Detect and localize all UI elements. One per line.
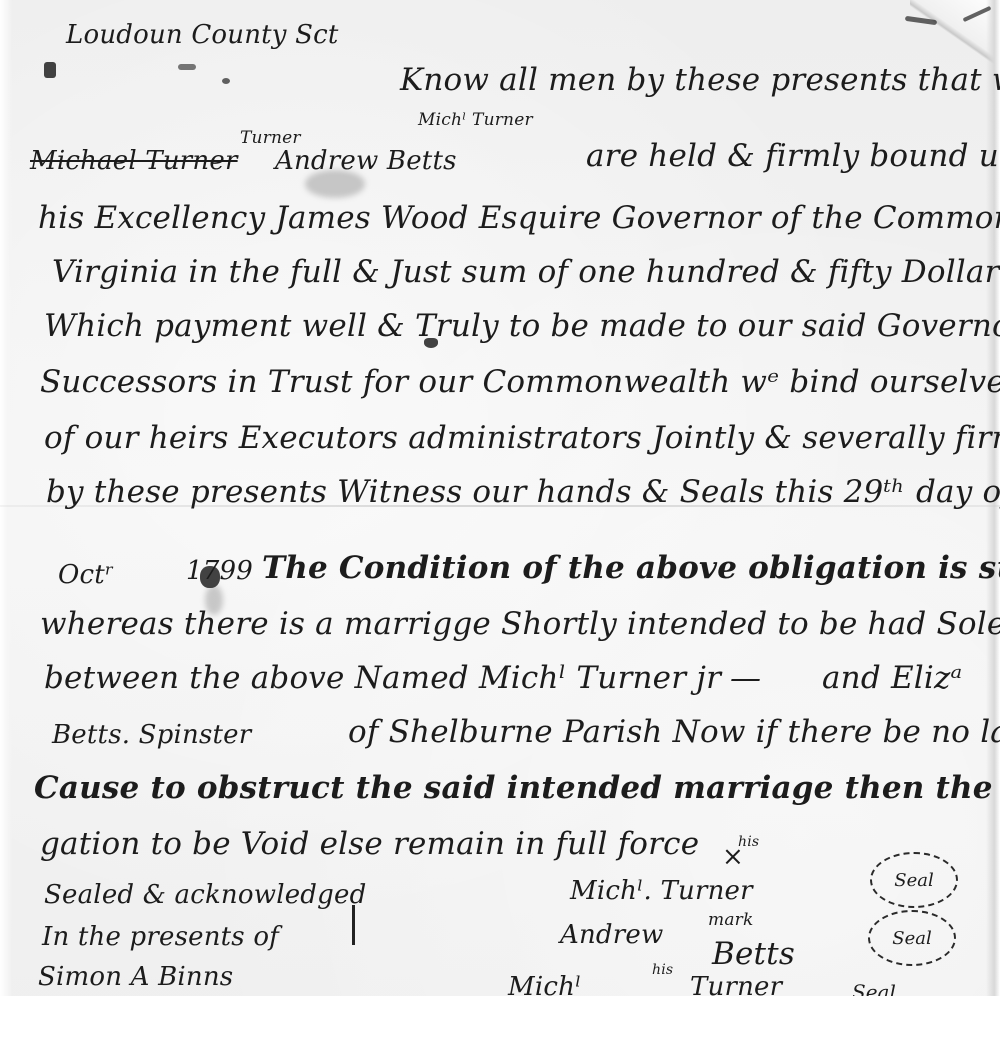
body-line: gation to be Void else remain in full fo… <box>40 826 699 862</box>
attestation-line: Sealed & acknowledged <box>44 880 366 910</box>
body-line: The Condition of the above obligation is… <box>262 550 1000 586</box>
document-page: Loudoun County Sct Know all men by these… <box>0 0 1000 1038</box>
body-line: his Excellency James Wood Esquire Govern… <box>38 200 1000 236</box>
signature-mark-label: mark <box>708 910 753 930</box>
body-line: Know all men by these presents that we <box>400 62 1000 98</box>
ink-blot <box>222 78 230 84</box>
body-line: and Elizᵃ <box>822 660 962 696</box>
interlineation: Michˡ Turner <box>418 110 533 130</box>
body-line: day of <box>916 474 1000 510</box>
body-line: Cause to obstruct the said intended marr… <box>34 770 1000 806</box>
ink-blot <box>178 64 196 70</box>
body-line: of our heirs Executors administrators Jo… <box>44 420 1000 456</box>
signature-michael-turner: Michˡ. Turner <box>570 876 753 906</box>
signature-betts: Betts <box>712 936 795 972</box>
body-line: between the above Named Michˡ Turner jr <box>44 660 721 696</box>
page-edge-left <box>0 0 12 1038</box>
seal-2: Seal <box>868 910 956 966</box>
body-line: Which payment well & Truly to be made to… <box>44 308 1000 344</box>
attestation-line: In the presents of <box>42 922 279 952</box>
interlineation: Turner <box>240 128 301 148</box>
date-month: Octʳ <box>58 560 114 590</box>
county-header: Loudoun County Sct <box>66 20 339 50</box>
bracket-mark <box>352 905 355 945</box>
witness-signature: Simon A Binns <box>38 962 233 992</box>
body-line: Successors in Trust for our Commonwealth… <box>40 364 1000 400</box>
body-line: of Shelburne Parish Now if there be no l… <box>348 714 1000 750</box>
signature-andrew: Andrew <box>560 920 663 950</box>
page-bottom-margin <box>0 996 1000 1038</box>
body-line: Virginia in the full & Just sum of one h… <box>52 254 1000 290</box>
body-line: are held & firmly bound unto <box>586 138 1000 174</box>
struck-name: Michael Turner <box>30 146 238 176</box>
seal-1: Seal <box>870 852 958 908</box>
body-line: whereas there is a marrigge Shortly inte… <box>40 606 1000 642</box>
ink-blot <box>44 62 56 78</box>
signature-his: his <box>652 962 673 978</box>
body-name: Andrew Betts <box>275 146 457 176</box>
body-line: by these presents Witness our hands & Se… <box>46 474 905 510</box>
date-year: 1799 <box>186 556 253 586</box>
body-name: Betts. Spinster <box>52 720 251 750</box>
body-dash: — <box>730 660 761 696</box>
signature-mark-x: × <box>722 842 744 872</box>
